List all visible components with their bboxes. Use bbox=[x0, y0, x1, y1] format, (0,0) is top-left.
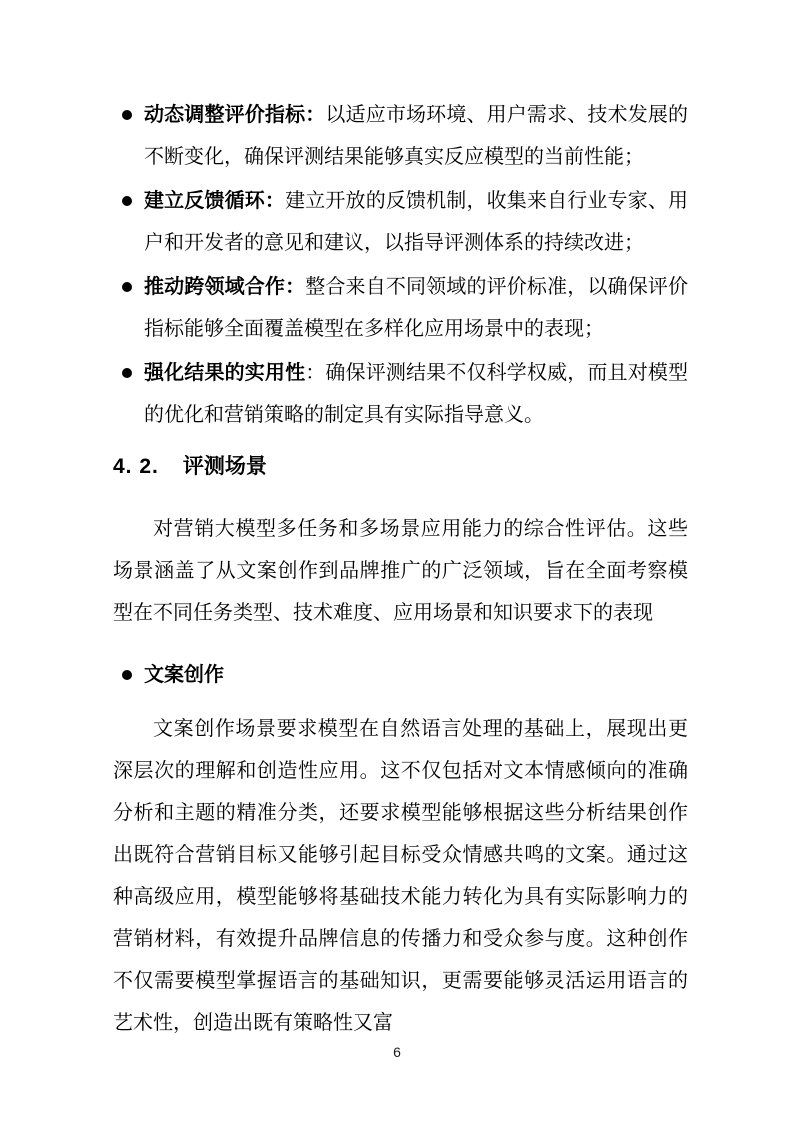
bullet-lead-text: 动态调整评价指标： bbox=[144, 104, 325, 126]
list-item: 强化结果的实用性：确保评测结果不仅科学权威，而且对模型的优化和营销策略的制定具有… bbox=[113, 352, 688, 436]
bullet-icon bbox=[122, 196, 132, 206]
bullet-lead-text: 建立反馈循环： bbox=[144, 190, 285, 212]
section-title: 评测场景 bbox=[183, 455, 267, 478]
list-item: 动态调整评价指标：以适应市场环境、用户需求、技术发展的不断变化，确保评测结果能够… bbox=[113, 94, 688, 178]
sub-section-paragraph: 文案创作场景要求模型在自然语言处理的基础上，展现出更深层次的理解和创造性应用。这… bbox=[113, 708, 688, 1044]
guideline-bullet-list: 动态调整评价指标：以适应市场环境、用户需求、技术发展的不断变化，确保评测结果能够… bbox=[113, 94, 688, 436]
section-intro-paragraph: 对营销大模型多任务和多场景应用能力的综合性评估。这些场景涵盖了从文案创作到品牌推… bbox=[113, 508, 688, 634]
list-item: 建立反馈循环：建立开放的反馈机制，收集来自行业专家、用户和开发者的意见和建议，以… bbox=[113, 180, 688, 264]
list-item: 文案创作 bbox=[113, 654, 688, 696]
bullet-lead-text: 推动跨领域合作： bbox=[144, 276, 305, 298]
list-item: 推动跨领域合作：整合来自不同领域的评价标准，以确保评价指标能够全面覆盖模型在多样… bbox=[113, 266, 688, 350]
section-heading: 4. 2.评测场景 bbox=[113, 452, 688, 482]
bullet-lead-text: 强化结果的实用性 bbox=[144, 362, 305, 384]
sub-section-title: 文案创作 bbox=[144, 664, 224, 686]
bullet-icon bbox=[122, 368, 132, 378]
bullet-icon bbox=[122, 282, 132, 292]
bullet-icon bbox=[122, 110, 132, 120]
section-number: 4. 2. bbox=[113, 452, 159, 482]
page-number: 6 bbox=[0, 1042, 794, 1062]
document-page: 动态调整评价指标：以适应市场环境、用户需求、技术发展的不断变化，确保评测结果能够… bbox=[0, 0, 794, 1123]
bullet-icon bbox=[122, 670, 132, 680]
